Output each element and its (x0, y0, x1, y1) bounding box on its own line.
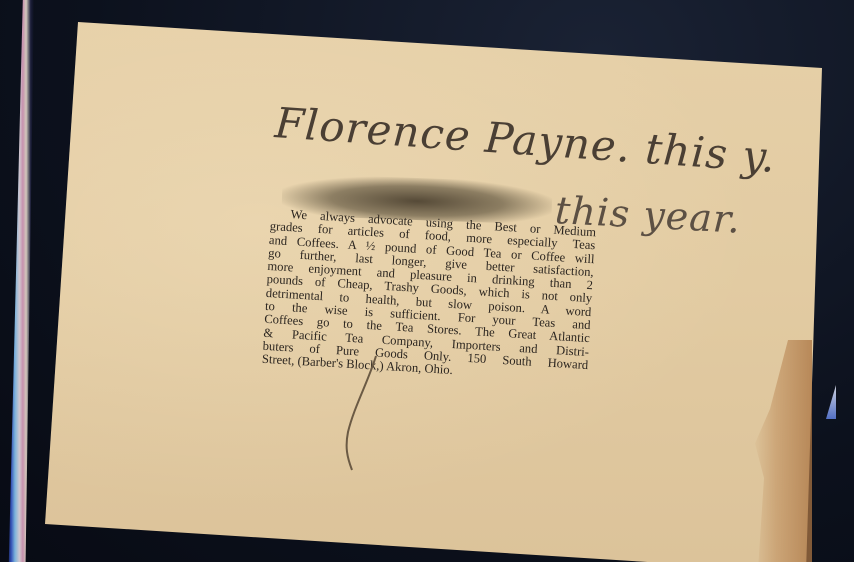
advertisement-text: We always advocate using the Best or Med… (262, 207, 597, 386)
pencil-mark (340, 352, 380, 472)
